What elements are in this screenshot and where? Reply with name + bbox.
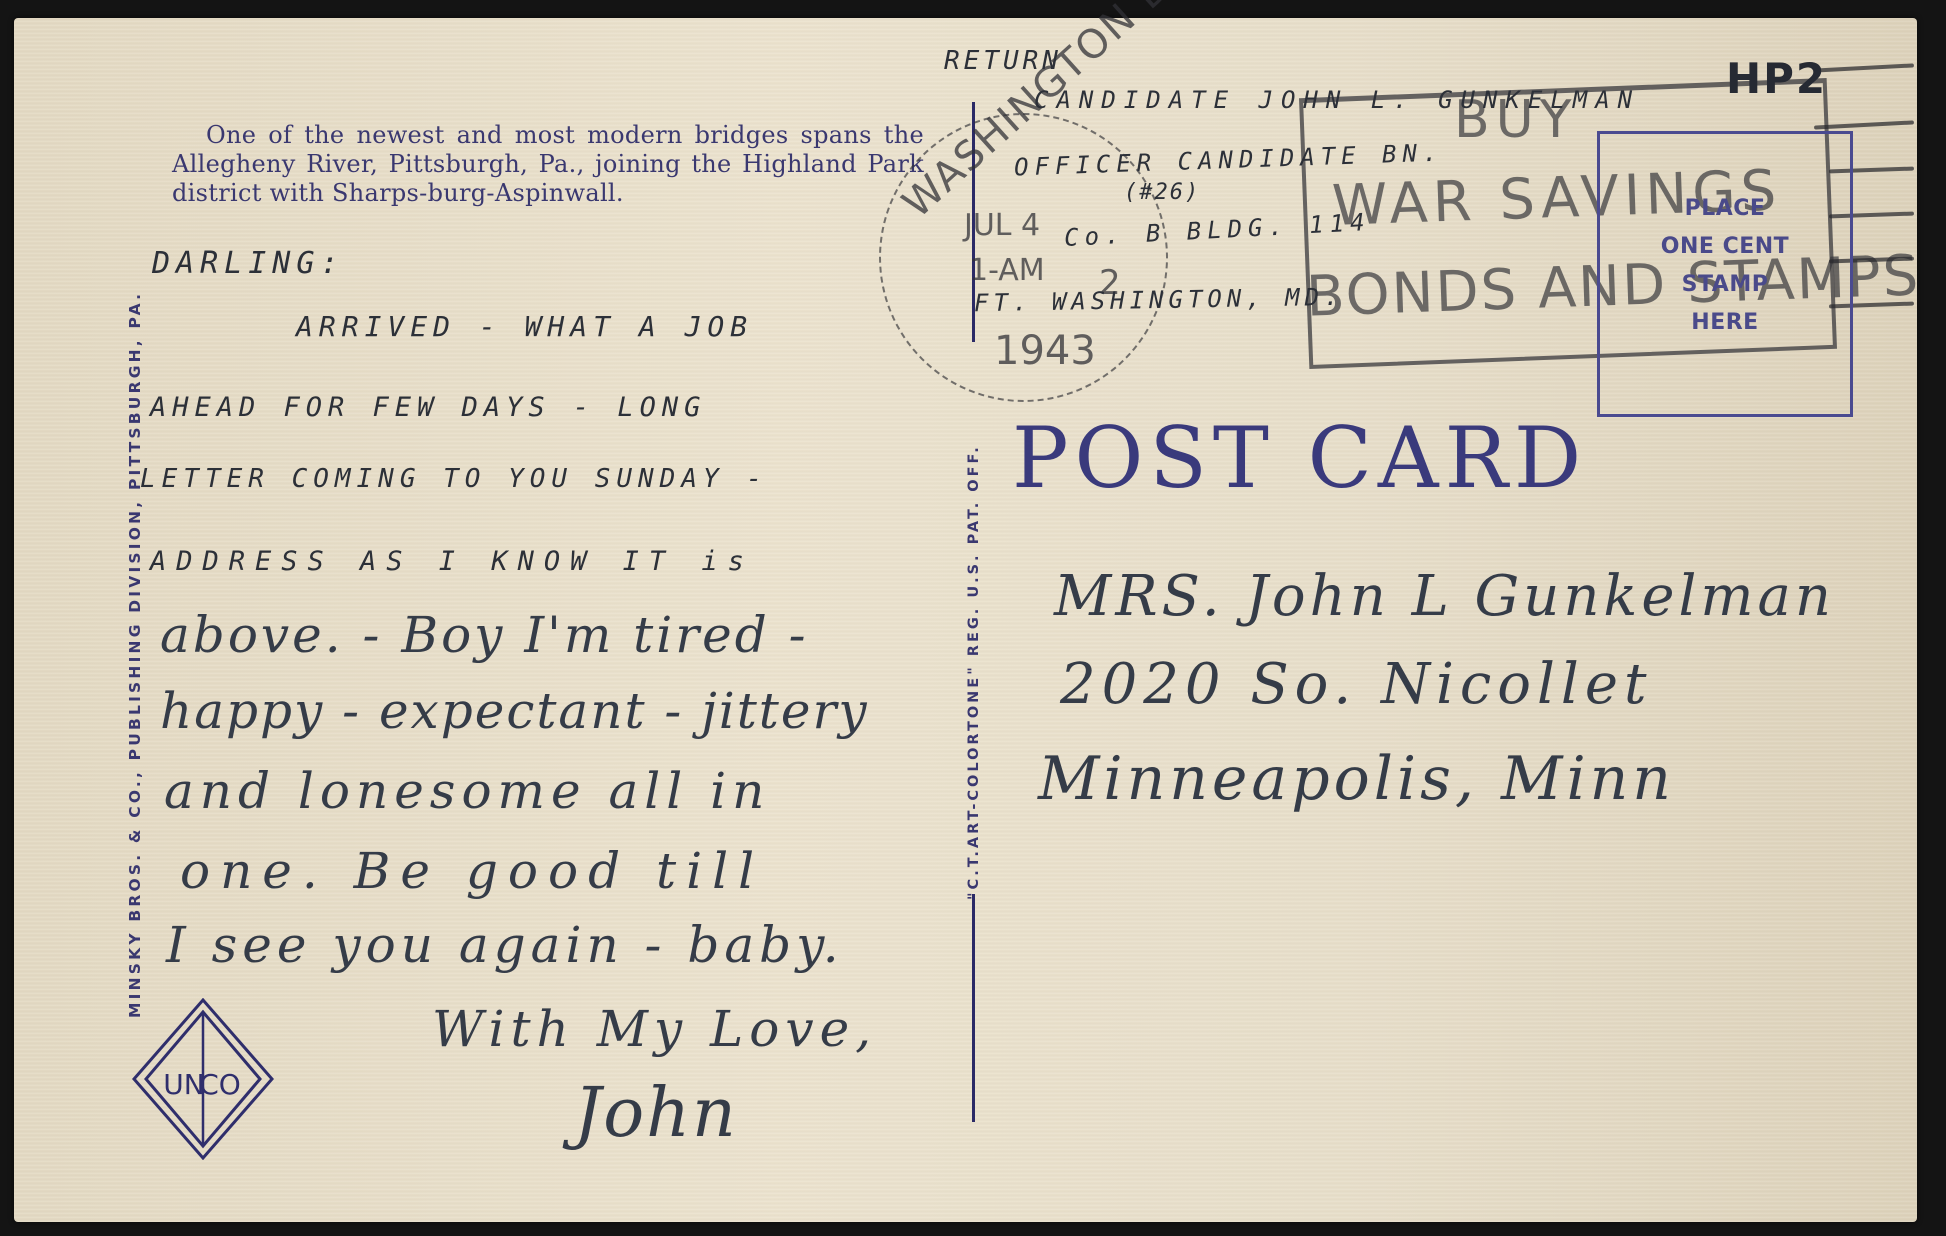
return-line: (#26) (1124, 180, 1200, 205)
postcard-caption: One of the newest and most modern bridge… (172, 121, 924, 208)
caption-text: One of the newest and most modern bridge… (172, 121, 924, 208)
message-line: AHEAD FOR FEW DAYS - LONG (150, 392, 706, 423)
message-line: and lonesome all in (164, 762, 770, 820)
return-line: FT. WASHINGTON, MD. (974, 283, 1344, 317)
recipient-street: 2020 So. Nicollet (1060, 652, 1652, 717)
message-line: one. Be good till (180, 842, 764, 900)
message-line: I see you again - baby. (166, 916, 844, 974)
stamp-text-line: ONE CENT (1597, 228, 1853, 266)
postmark-year: 1943 (994, 328, 1096, 374)
message-signature: John (574, 1074, 738, 1153)
return-label: RETURN (944, 46, 1062, 76)
postmark-time: 1-AM (969, 253, 1045, 288)
return-line: CANDIDATE JOHN L. GUNKELMAN (1034, 86, 1640, 114)
postmark-date: JUL 4 (964, 208, 1040, 243)
stamp-text-line: PLACE (1597, 190, 1853, 228)
stamp-instructions: PLACE ONE CENT STAMP HERE (1597, 190, 1853, 342)
cancel-line (1814, 120, 1914, 129)
message-line: LETTER COMING TO YOU SUNDAY - (140, 464, 768, 494)
stamp-text-line: STAMP (1597, 266, 1853, 304)
recipient-name: MRS. John L Gunkelman (1054, 564, 1835, 629)
svg-text:CO: CO (199, 1068, 241, 1101)
unco-logo-icon: UN CO (132, 998, 274, 1160)
message-line: above. - Boy I'm tired - (160, 606, 809, 664)
message-greeting: DARLING: (152, 246, 345, 281)
message-line: happy - expectant - jittery (160, 682, 869, 740)
message-line: ADDRESS AS I KNOW IT is (150, 546, 754, 577)
recipient-city: Minneapolis, Minn (1038, 744, 1675, 814)
message-closing: With My Love, (432, 1000, 877, 1058)
publisher-line: MINSKY BROS. & CO., PUBLISHING DIVISION,… (126, 298, 152, 1018)
stamp-mark: HP2 (1726, 54, 1827, 103)
stamp-text-line: HERE (1597, 304, 1853, 342)
message-line: ARRIVED - WHAT A JOB (296, 310, 753, 343)
divider-line-bottom (972, 894, 975, 1122)
postcard: One of the newest and most modern bridge… (14, 18, 1917, 1222)
trademark-line: "C.T.ART-COLORTONE" REG. U.S. PAT. OFF. (966, 360, 988, 900)
postcard-title: POST CARD (1012, 416, 1587, 500)
cancel-line (1814, 63, 1914, 72)
